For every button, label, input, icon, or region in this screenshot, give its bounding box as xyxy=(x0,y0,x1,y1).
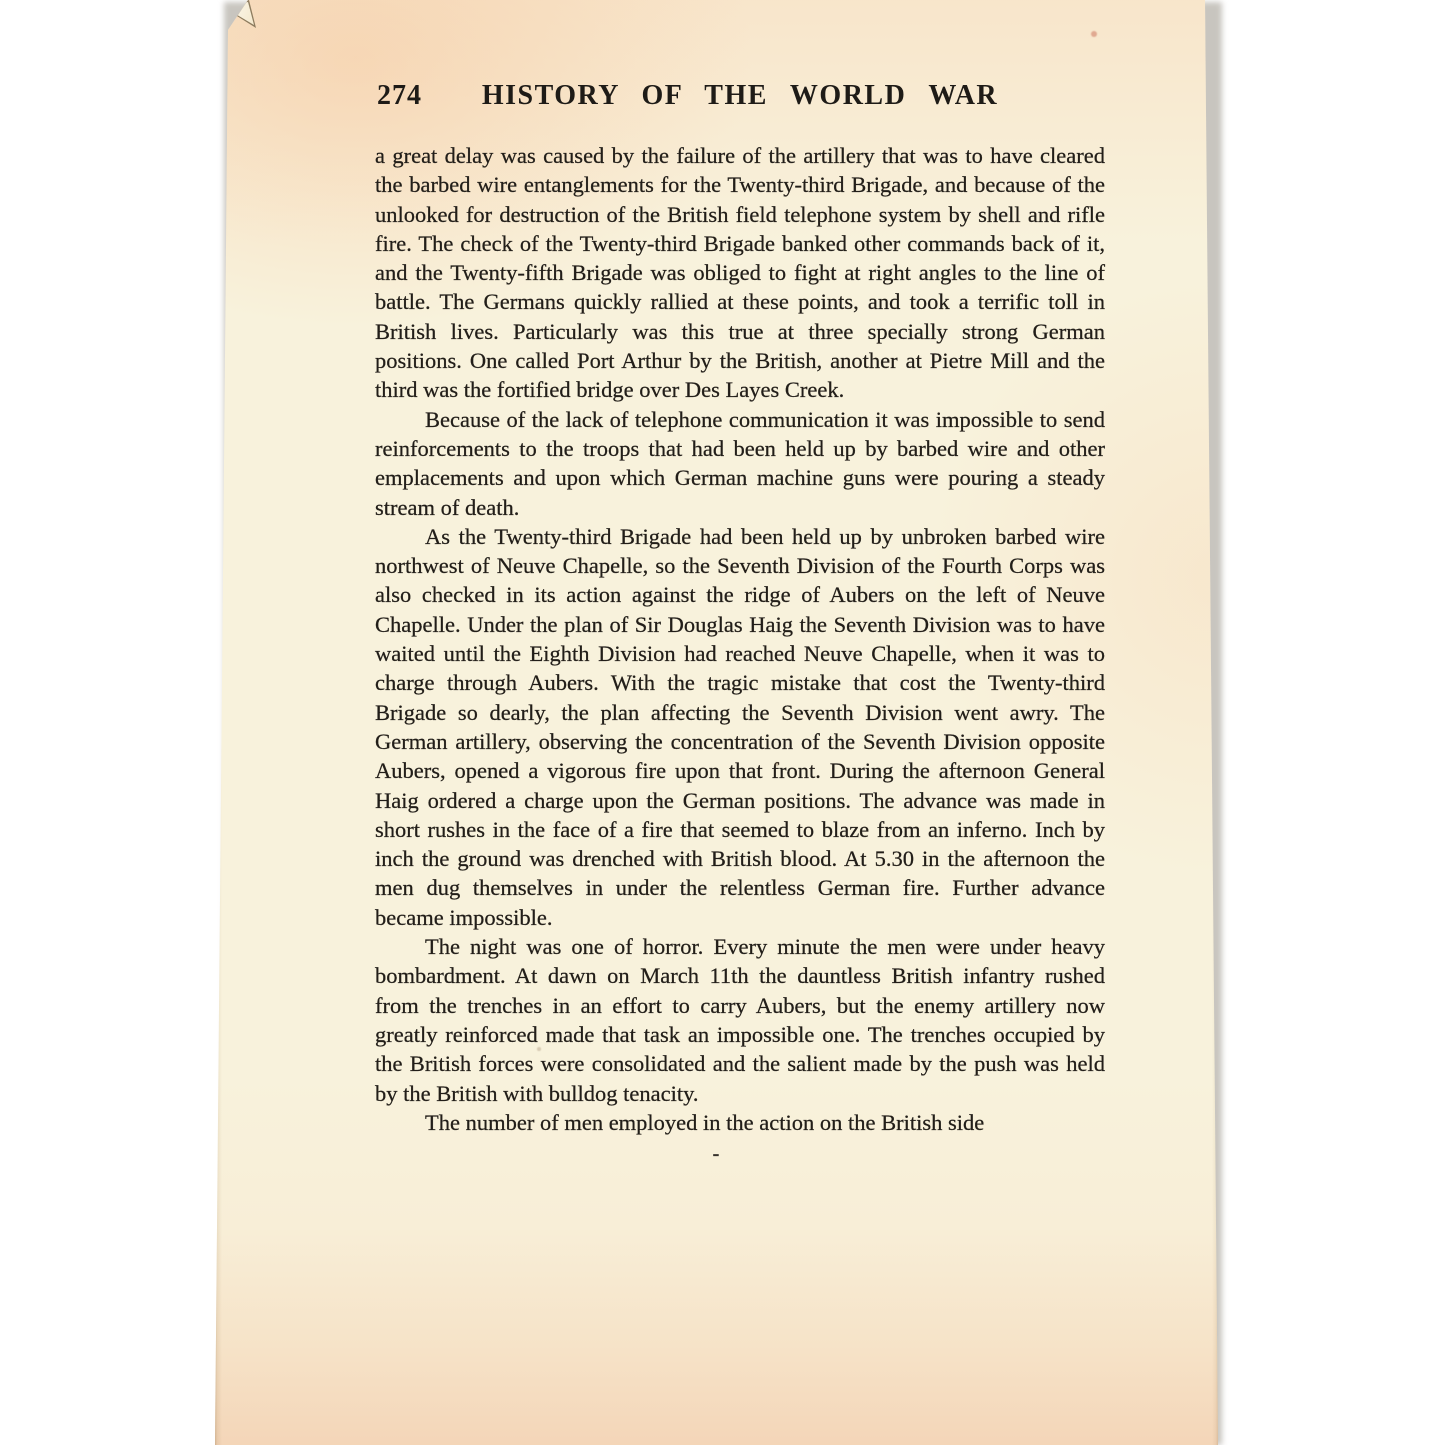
catchword-mark: - xyxy=(375,1140,1057,1169)
running-header-title: HISTORY OF THE WORLD WAR xyxy=(375,80,1105,112)
paper-speck xyxy=(537,1047,541,1051)
book-page: 274 HISTORY OF THE WORLD WAR a great del… xyxy=(215,0,1218,1445)
paragraph: The number of men employed in the action… xyxy=(375,1108,1105,1137)
paragraph: The night was one of horror. Every minut… xyxy=(375,932,1105,1108)
body-text-column: a great delay was caused by the failure … xyxy=(375,141,1105,1169)
page-header: 274 HISTORY OF THE WORLD WAR xyxy=(375,80,1105,114)
paper-speck xyxy=(775,762,779,766)
paper-speck xyxy=(1091,31,1097,37)
scan-background: 274 HISTORY OF THE WORLD WAR a great del… xyxy=(0,0,1445,1445)
body-paragraphs: a great delay was caused by the failure … xyxy=(375,141,1105,1137)
paragraph: As the Twenty-third Brigade had been hel… xyxy=(375,522,1105,932)
paragraph: a great delay was caused by the failure … xyxy=(375,141,1105,405)
page-number: 274 xyxy=(377,80,422,112)
paragraph: Because of the lack of telephone communi… xyxy=(375,405,1105,522)
